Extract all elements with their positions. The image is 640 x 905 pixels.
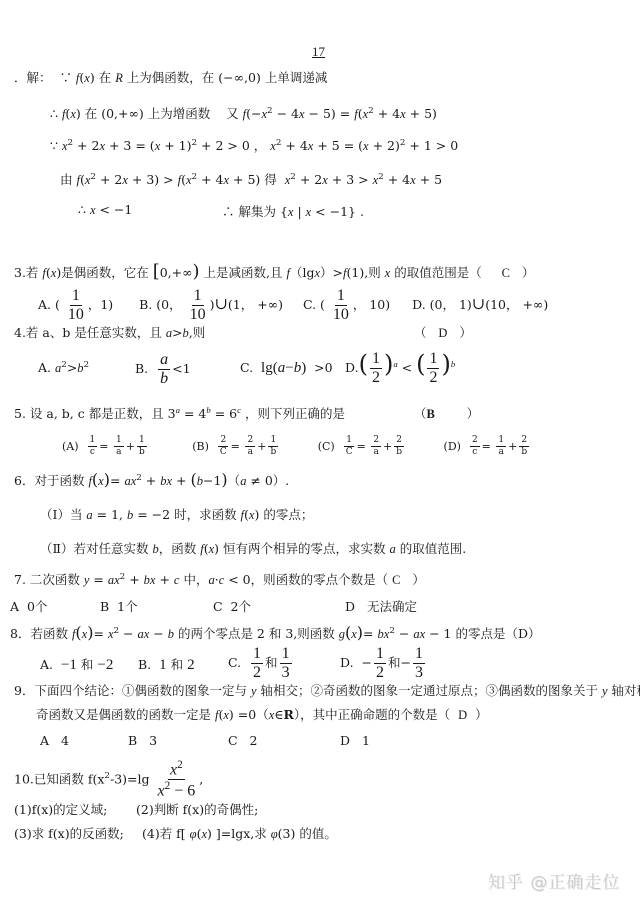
question-6-part-1: （Ⅰ）当 a = 1, b = −2 时，求函数 f(x) 的零点； <box>40 505 313 523</box>
question-8-option-d: D. −12和−13 <box>340 646 427 681</box>
solution-line-4: 由 f(x2 + 2x + 3) > f(x2 + 4x + 5) 得 x2 +… <box>60 170 442 188</box>
question-7-stem: 7. 二次函数 y = ax2 + bx + c 中，a·c < 0，则函数的零… <box>14 570 425 588</box>
page-number: 17 <box>312 44 325 60</box>
question-9-option-c: C 2 <box>228 733 257 748</box>
question-4-option-d: D.(12)a < (12)b <box>345 350 455 386</box>
question-8-option-c: C. 12和13 <box>228 646 294 681</box>
option-b: (B) 2C= 2a+1b <box>192 440 280 453</box>
question-10-stem: 10.已知函数 f(x2-3)=lg x2x2 − 6, <box>14 760 203 800</box>
option-a: A. ( 110，1) <box>38 297 113 312</box>
question-7-option-a: A 0个 <box>10 597 47 615</box>
question-5-stem: 5. 设 a, b, c 都是正数，且 3a = 4b = 6c ，则下列正确的… <box>14 404 345 422</box>
question-3-answer: C <box>502 266 510 280</box>
question-9-option-a: A 4 <box>40 733 69 748</box>
solution-line-3: ∵ x2 + 2x + 3 = (x + 1)2 + 2 > 0 ， x2 + … <box>50 136 458 154</box>
question-5-answer: B <box>427 407 435 421</box>
question-4-answer: D <box>438 326 447 340</box>
question-9-option-d: D 1 <box>340 733 370 748</box>
question-9-option-b: B 3 <box>128 733 157 748</box>
question-10-part-1: (1)f(x)的定义域; <box>14 800 107 818</box>
question-10-part-2: (2)判断 f(x)的奇偶性; <box>136 800 258 818</box>
question-9-stem-line-1: 9．下面四个结论：①偶函数的图象一定与 y 轴相交；②奇函数的图象一定通过原点；… <box>14 681 640 699</box>
question-9-stem-line-2: 奇函数又是偶函数的函数一定是 f(x) =0（x∈R），其中正确命题的个数是（ … <box>36 705 488 723</box>
solution-line-2: ∴ f(x) 在 (0,+∞) 上为增函数 又 f(−x2 − 4x − 5) … <box>50 104 437 122</box>
question-4-option-b: B. ab<1 <box>135 352 191 387</box>
option-c: (C) 1C= 2a+2b <box>318 440 406 453</box>
question-10-part-4: (4)若 f[ φ(x) ]=lgx,求 φ(3) 的值。 <box>142 824 337 842</box>
option-d: (D) 2c= 1a+2b <box>444 440 532 453</box>
question-4-stem: 4.若 a、b 是任意实数，且 a>b,则 <box>14 323 205 341</box>
option-d: D. (0， 1)∪(10， +∞) <box>412 297 548 312</box>
question-5-answer-bracket: （B ） <box>414 404 479 422</box>
question-7-option-c: C 2个 <box>213 597 251 615</box>
question-8-option-b: B. 1 和 2 <box>138 655 195 674</box>
question-10-part-3: (3)求 f(x)的反函数; <box>14 824 124 842</box>
question-7-option-d: D 无法确定 <box>345 597 417 615</box>
question-8-option-a: A. −1 和 −2 <box>40 655 113 674</box>
question-9-answer: D <box>458 708 467 722</box>
question-3-stem: 3.若 f(x)是偶函数，它在 [0,+∞) 上是减函数,且 f（lgx）>f(… <box>14 261 534 282</box>
solution-line-5: ∴ x < −1 <box>78 202 132 218</box>
question-4-answer-bracket: （ D ） <box>414 323 472 341</box>
solution-line-1: ．解： ∵ f(x) 在 R 上为偶函数，在 (−∞,0) 上单调递减 <box>14 68 327 86</box>
option-c: C. ( 110， 10) <box>303 297 390 312</box>
question-6-part-2: （Ⅱ）若对任意实数 b，函数 f(x) 恒有两个相异的零点，求实数 a 的取值范… <box>40 539 466 557</box>
option-b: B. (0， 110)∪(1， +∞) <box>139 297 283 312</box>
question-4-option-c: C. lg(a−b) >0 <box>240 360 333 377</box>
watermark: 知乎 @正确走位 <box>488 868 620 893</box>
question-7-answer: C <box>392 573 400 587</box>
question-5-options: (A) 1c= 1a+1b (B) 2C= 2a+1b (C) 1C= 2a+2… <box>62 436 531 457</box>
question-7-option-b: B 1个 <box>100 597 138 615</box>
question-4-option-a: A. a2>b2 <box>38 360 89 376</box>
option-a: (A) 1c= 1a+1b <box>62 440 149 453</box>
question-6-stem: 6．对于函数 f(x)= ax2 + bx + (b−1)（a ≠ 0）. <box>14 470 289 489</box>
question-3-options: A. ( 110，1) B. (0， 110)∪(1， +∞) C. ( 110… <box>38 288 548 323</box>
solution-line-6: ∴ 解集为 {x | x < −1} . <box>222 202 364 220</box>
question-8-stem: 8．若函数 f(x)= x2 − ax − b 的两个零点是 2 和 3,则函数… <box>10 623 541 642</box>
